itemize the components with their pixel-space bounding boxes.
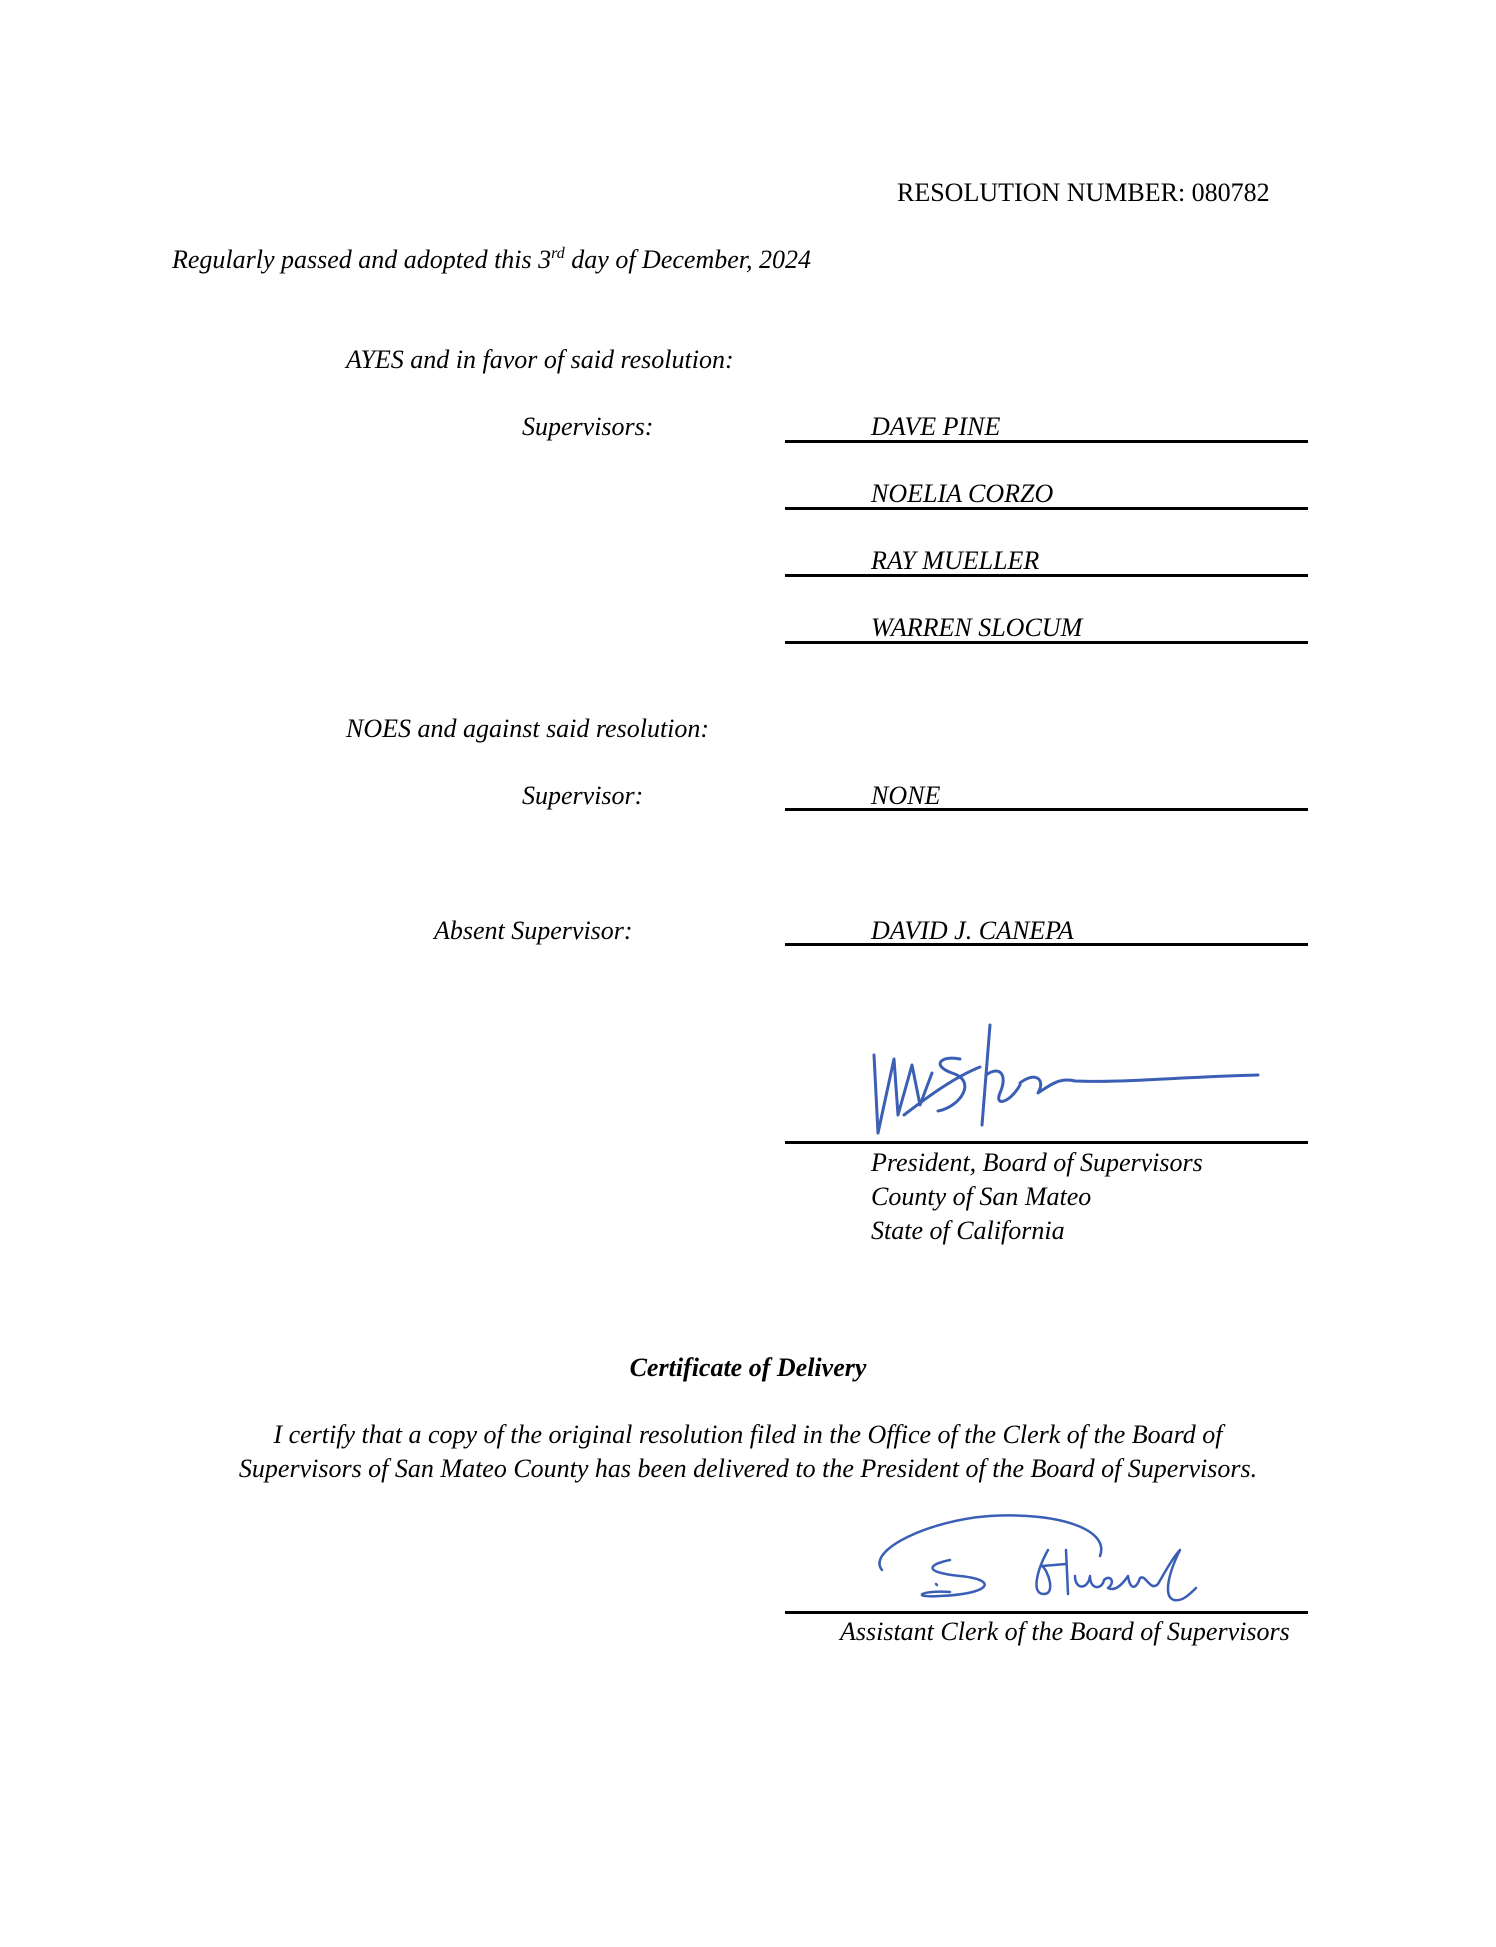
certificate-body-line: Supervisors of San Mateo County has been…	[0, 1454, 1496, 1484]
aye-name: DAVE PINE	[871, 412, 1000, 442]
president-county: County of San Mateo	[871, 1182, 1091, 1212]
president-signature-icon	[860, 1015, 1270, 1140]
noe-name: NONE	[871, 781, 940, 811]
absent-name: DAVID J. CANEPA	[871, 916, 1074, 946]
president-state: State of California	[871, 1216, 1065, 1246]
certificate-body-line: I certify that a copy of the original re…	[0, 1420, 1496, 1450]
aye-name: NOELIA CORZO	[871, 479, 1053, 509]
president-signature-line	[785, 1141, 1308, 1144]
ayes-heading: AYES and in favor of said resolution:	[346, 345, 734, 375]
noe-line	[785, 808, 1308, 811]
absent-line	[785, 943, 1308, 946]
clerk-title: Assistant Clerk of the Board of Supervis…	[840, 1617, 1290, 1647]
resolution-number: RESOLUTION NUMBER: 080782	[897, 178, 1270, 208]
clerk-signature-icon	[870, 1510, 1210, 1610]
adoption-date: Regularly passed and adopted this 3rd da…	[172, 245, 811, 275]
aye-name: RAY MUELLER	[871, 546, 1039, 576]
aye-line	[785, 641, 1308, 644]
aye-line	[785, 440, 1308, 443]
absent-label: Absent Supervisor:	[434, 916, 633, 946]
aye-name: WARREN SLOCUM	[871, 613, 1082, 643]
aye-line	[785, 574, 1308, 577]
clerk-signature-line	[785, 1611, 1308, 1614]
president-title: President, Board of Supervisors	[871, 1148, 1203, 1178]
noes-label: Supervisor:	[522, 781, 643, 811]
ayes-label: Supervisors:	[306, 412, 653, 442]
aye-line	[785, 507, 1308, 510]
certificate-title: Certificate of Delivery	[0, 1353, 1496, 1383]
noes-heading: NOES and against said resolution:	[346, 714, 709, 744]
